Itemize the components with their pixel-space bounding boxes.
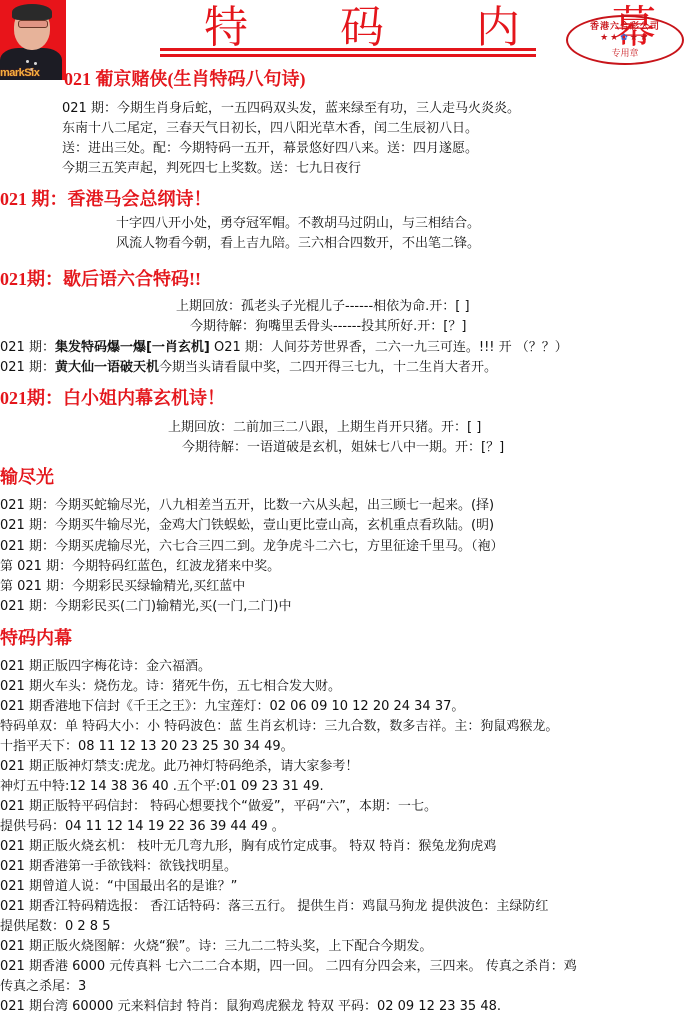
text-line: 021 期火车头：烧伤龙。诗：猪死牛伤，五七相合发大财。 [0,677,341,697]
photo-button-dot [34,62,37,65]
photo-watermark: markSix [0,67,39,79]
riddle-previous: 上期回放：孤老头子光棍儿子------相依为命.开：[ ] [176,297,470,317]
text-line: 神灯五中特:12 14 38 36 40 .五个平:01 09 23 31 49… [0,777,324,797]
line-bold-title: 黄大仙一语破天机 [55,360,159,375]
text-line: 021 期香港第一手欲钱料：欲钱找明星。 [0,857,237,877]
text-line: 021 期：今期彩民买(二门)输精光,买(一门,二门)中 [0,597,292,617]
text-line: 第 021 期：今期特码红蓝色，红波龙猪来中奖。 [0,557,280,577]
text-line: 021 期正版特平码信封： 特码心想要找个“做爱”，平码“六”，本期：一七。 [0,797,437,817]
stamp-subtext: 专用章 [568,46,682,59]
stamp-stars: ★★✿★★ [568,33,682,43]
section-heading-tema-neimu: 特码内幕 [0,627,72,649]
poem-line: 今期三五笑声起，判死四七上奖数。送：七九日夜行 [62,159,361,179]
section-heading-pujing: 021 葡京赌侠(生肖特码八句诗) [64,68,306,90]
text-line: 021 期香港地下信封《千王之王》：九宝莲灯：02 06 09 10 12 20… [0,697,464,717]
section-heading-xiehouyu: 021期：歇后语六合特码!! [0,268,201,290]
photo-glasses [18,20,48,28]
riddle-current: 今期待解：一语道破是玄机，姐妹七八中一期。开：[？] [182,438,504,458]
text-line: 提供尾数：0 2 8 5 [0,917,110,937]
text-line: 021 期：今期买虎输尽光，六七合三四二到。龙争虎斗二六七，方里征途千里马。（袍… [0,537,503,557]
poem-line: 东南十八二尾定，三春天气日初长，四八阳光草木香，闰二生辰初八日。 [62,119,478,139]
title-underline-top [160,48,536,51]
text-line: 特码单双：单 特码大小：小 特码波色：蓝 生肖玄机诗：三九合数，数多吉祥。主：狗… [0,717,558,737]
section-heading-hkjc-poem: 021 期：香港马会总纲诗！ [0,188,212,210]
text-line: 021 期：今期买蛇输尽光，八九相差当五开，比数一六从头起，出三顾七一起来。(择… [0,496,494,516]
poem-line: 021 期：今期生肖身后蛇，一五四码双头发，蓝来绿至有功，三人走马火炎炎。 [62,99,520,119]
text-line: 021 期台湾 60000 元来料信封 特肖：鼠狗鸡虎猴龙 特双 平码：02 0… [0,997,501,1017]
photo-hair [12,4,52,20]
text-line: 021 期正版神灯禁支:虎龙。此乃神灯特码绝杀，请大家参考！ [0,757,358,777]
text-line: 021 期：今期买牛输尽光，金鸡大门铁蜈蚣，壹山更比壹山高，玄机重点看玖陆。(明… [0,516,494,536]
mixed-line: 021 期：黄大仙一语破天机今期当头请看鼠中奖，二四开得三七九，十二生肖大者开。 [0,358,497,378]
title-char: 特 [160,6,294,50]
poem-line: 送：进出三处。配：今期特码一五开，幕景悠好四八来。送：四月遂愿。 [62,139,478,159]
text-line: 021 期香港 6000 元传真料 七六二二合本期，四一回。 二四有分四会来，三… [0,957,577,977]
text-line: 021 期香江特码精选报： 香江话特码：落三五行。 提供生肖：鸡鼠马狗龙 提供波… [0,897,548,917]
poem-line: 风流人物看今朝，看上吉九陪。三六相合四数开，不出笔二锋。 [116,234,480,254]
line-bold-title: 集发特码爆一爆[一肖玄机] [55,340,210,355]
flower-icon: ✿ [620,33,630,43]
title-char: 码 [294,6,430,50]
riddle-previous: 上期回放：二前加三二八跟，上期生肖开只猪。开：[ ] [168,418,481,438]
line-prefix: 021 期： [0,340,55,355]
text-line: 传真之杀尾：3 [0,977,86,997]
line-prefix: 021 期： [0,360,55,375]
page-title: 特 码 内 幕 [160,6,536,50]
photo-button-dot [26,60,29,63]
mixed-line: 021 期：集发特码爆一爆[一肖玄机] O21 期：人间芬芳世界香，二六一九三可… [0,338,568,358]
star-icon: ★★ [600,33,620,43]
author-photo: markSix [0,0,66,80]
star-icon: ★★ [630,33,650,43]
riddle-current: 今期待解：狗嘴里丢骨头------投其所好.开：[？] [190,317,466,337]
line-text: 今期当头请看鼠中奖，二四开得三七九，十二生肖大者开。 [159,360,497,375]
text-line: 提供号码：04 11 12 14 19 22 36 39 44 49 。 [0,817,285,837]
text-line: 十指平天下：08 11 12 13 20 23 25 30 34 49。 [0,737,294,757]
text-line: 021 期曾道人说：“中国最出名的是谁？” [0,877,237,897]
text-line: 021 期正版火烧玄机： 枝叶无几弯九形，胸有成竹定成事。 特双 特肖：猴兔龙狗… [0,837,496,857]
section-heading-shujinguang: 输尽光 [0,466,54,488]
poem-line: 十字四八开小处，勇夺冠军帽。不教胡马过阴山，与三相结合。 [116,214,480,234]
official-seal-stamp: 香港六合彩公司 ★★✿★★ 专用章 [566,15,684,65]
section-heading-bai-xiaojie: 021期：白小姐内幕玄机诗！ [0,387,225,409]
text-line: 第 021 期：今期彩民买绿输精光,买红蓝中 [0,577,245,597]
text-line: 021 期正版四字梅花诗：金六福酒。 [0,657,211,677]
title-underline-bottom [160,54,536,57]
line-text: O21 期：人间芬芳世界香，二六一九三可连。!!! 开 （？？） [210,340,568,355]
title-char: 内 [430,6,566,50]
text-line: 021 期正版火烧图解：火烧“猴”。诗：三九二二特头奖，上下配合今期发。 [0,937,432,957]
stamp-text: 香港六合彩公司 [568,19,682,32]
